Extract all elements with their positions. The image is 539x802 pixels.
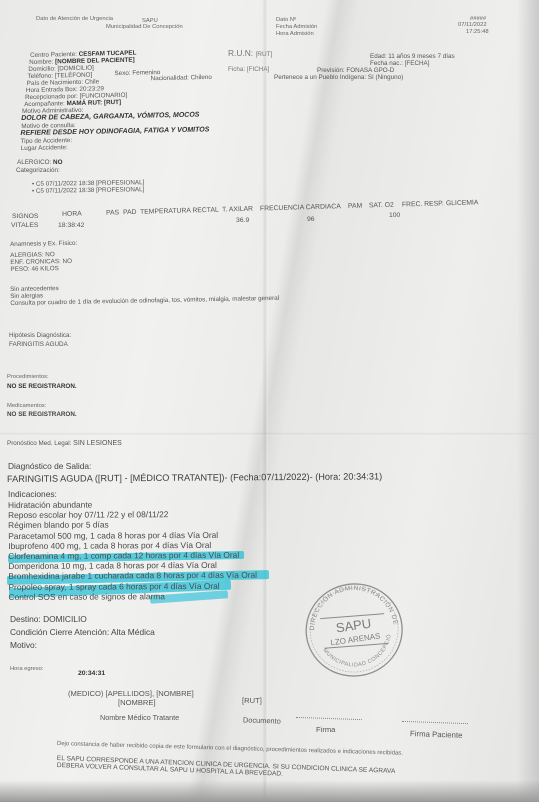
paper-edge-shadow-bottom: [0, 780, 539, 802]
medico-caption: Nombre Médico Tratante: [100, 714, 179, 721]
salida-value: FARINGITIS AGUDA ([RUT] - [MÉDICO TRATAN…: [7, 471, 382, 485]
pronostico-value: SIN LESIONES: [73, 440, 122, 447]
fecha-admision-value: 07/11/2022: [458, 22, 487, 29]
lugar-accidente-label: Lugar Accidente:: [21, 144, 68, 152]
medico-name-line-2: [NOMBRE]: [118, 699, 156, 706]
pueblo-value: Sí (Ninguno): [368, 74, 403, 81]
vitals-col-pam: PAM: [348, 203, 362, 210]
documento-caption: Documento: [243, 716, 281, 724]
destino-value: DOMICILIO: [43, 614, 87, 624]
stamp-seal-icon: DIRECCIÓN ADMINISTRACIÓN DE SALUD MUNICI…: [293, 571, 414, 687]
condicion-value: Alta Médica: [111, 627, 155, 637]
paper-fold-vertical: [262, 0, 268, 802]
medicamentos-label: Medicamentos:: [7, 403, 46, 410]
anamnesis-note-3: Consulta por cuadro de 1 día de evolució…: [10, 295, 279, 307]
nacionalidad-label: Nacionalidad:: [151, 74, 189, 82]
vitals-col-temp-rectal: TEMPERATURA RECTAL: [140, 207, 219, 216]
hipotesis-value: FARINGITIS AGUDA: [9, 341, 68, 348]
vitals-col-hora: HORA: [62, 210, 82, 218]
destino-label: Destino:: [10, 614, 41, 624]
categorizacion-item-2: • C5 07/11/2022 18:38 [PROFESIONAL]: [32, 186, 144, 195]
paper-edge-shadow-right: [517, 0, 539, 802]
fecha-nac-value: [FECHA]: [405, 60, 430, 67]
anamnesis-label: Anamnesis y Ex. Físico:: [10, 240, 77, 248]
condicion-label: Condición Cierre Atención:: [10, 627, 109, 637]
org-subtitle: Municipalidad De Concepción: [106, 24, 183, 31]
hipotesis-label: Hipótesis Diagnóstica:: [9, 332, 71, 339]
procedimientos-value: NO SE REGISTRARON.: [7, 383, 77, 390]
firma-paciente-line: [402, 721, 468, 724]
fecha-admision-label: Fecha Admisión: [276, 24, 317, 31]
vitals-col-pad: PAD: [123, 209, 137, 216]
vitals-col-glicemia: GLICEMIA: [446, 199, 479, 207]
firma-paciente-caption: Firma Paciente: [410, 730, 463, 739]
pronostico-label: Pronóstico Med. Legal:: [7, 440, 71, 447]
medico-name-line-1: (MEDICO) [APELLIDOS], [NOMBRE]: [68, 690, 194, 697]
indicacion-item: Control SOS en caso de signos de alarma: [8, 591, 257, 603]
vitals-sat-o2-value: 100: [389, 212, 400, 219]
salida-label: Diagnóstico de Salida:: [8, 461, 91, 471]
vitals-col-frec-resp: FREC. RESP.: [402, 200, 444, 208]
run-label: R.U.N:: [228, 48, 253, 58]
acompanante-value: MAMÁ RUT: [RUT]: [66, 99, 121, 107]
ficha-label: Ficha:: [228, 66, 245, 73]
form-title: Dato de Atención de Urgencia: [36, 16, 113, 23]
footer-constancia: Dejo constancia de haber recibido copia …: [57, 741, 457, 759]
fecha-nac-label: Fecha nac.:: [370, 60, 403, 67]
vitals-t-axilar-value: 36.9: [236, 217, 249, 224]
pueblo-label: Pertenece a un Pueblo Indígena:: [274, 74, 366, 81]
run-value: [RUT]: [255, 51, 272, 58]
anamnesis-line-3: PESO: 46 KILOS: [10, 265, 58, 273]
medical-form-paper: Dato de Atención de Urgencia SAPU Munici…: [0, 0, 539, 802]
indicaciones-list: Hidratación abundante Reposo escolar hoy…: [8, 499, 257, 602]
vitals-hora-value: 18:38:42: [58, 222, 84, 229]
edad-label: Edad:: [370, 53, 386, 60]
paper-fold-horizontal: [0, 432, 539, 436]
motivo-cierre-label: Motivo:: [10, 640, 37, 650]
nacionalidad-value: Chileno: [190, 74, 212, 81]
hora-egreso-label: Hora egreso:: [10, 666, 44, 673]
alergico-label: ALERGICO:: [17, 159, 51, 166]
hora-egreso-value: 20:34:31: [78, 670, 105, 677]
firma-line: [296, 717, 362, 720]
vitals-col-pas: PAS: [106, 209, 119, 216]
hora-admision-label: Hora Admisión: [276, 31, 314, 38]
nombre-value: [NOMBRE DEL PACIENTE]: [55, 57, 135, 66]
categorizacion-label: Categorización:: [16, 167, 60, 174]
vitals-col-t-axilar: T. AXILAR: [222, 206, 253, 214]
prevision-label: Previsión:: [317, 67, 345, 74]
sapu-stamp: DIRECCIÓN ADMINISTRACIÓN DE SALUD MUNICI…: [293, 571, 414, 687]
medicamentos-value: NO SE REGISTRARON.: [7, 411, 77, 418]
vitals-row-label-2: VITALES: [11, 222, 38, 229]
dato-label: Dato Nº: [276, 17, 296, 24]
medico-rut: [RUT]: [242, 697, 262, 704]
firma-caption: Firma: [316, 726, 335, 733]
vitals-row-label-1: SIGNOS: [12, 213, 38, 220]
hora-admision-value: 17:25:48: [466, 29, 489, 36]
prevision-value: FONASA GPO-D: [346, 67, 394, 74]
vitals-col-frec-cardiaca: FRECUENCIA CARDIACA: [260, 203, 341, 212]
procedimientos-label: Procedimientos:: [7, 374, 49, 381]
vitals-frec-cardiaca-value: 96: [307, 216, 315, 223]
ficha-value: [FICHA]: [247, 66, 269, 73]
sexo-label: Sexo:: [114, 70, 130, 77]
alergico-value: NO: [53, 159, 62, 166]
vitals-col-sat-o2: SAT. O2: [369, 202, 394, 210]
indicaciones-label: Indicaciones:: [8, 489, 57, 499]
edad-value: 11 años 9 meses 7 días: [388, 53, 454, 60]
